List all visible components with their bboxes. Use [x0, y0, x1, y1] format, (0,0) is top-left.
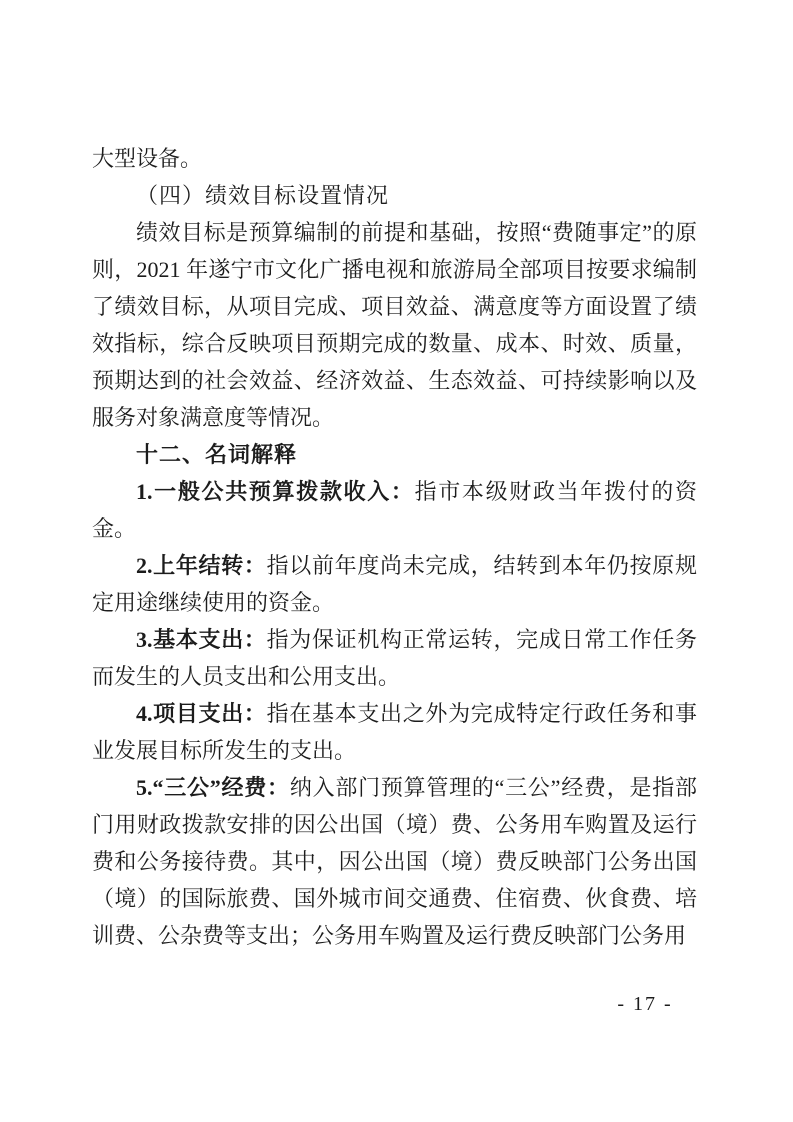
definition-item-4: 4.项目支出：指在基本支出之外为完成特定行政任务和事业发展目标所发生的支出。	[92, 695, 697, 769]
definition-item-2: 2.上年结转：指以前年度尚未完成，结转到本年仍按原规定用途继续使用的资金。	[92, 547, 697, 621]
definition-item-1: 1.一般公共预算拨款收入：指市本级财政当年拨付的资金。	[92, 473, 697, 547]
document-page: 大型设备。 （四）绩效目标设置情况 绩效目标是预算编制的前提和基础，按照“费随事…	[0, 0, 793, 1122]
page-number: - 17 -	[610, 993, 680, 1016]
section-heading-performance-targets: （四）绩效目标设置情况	[92, 177, 697, 214]
definition-item-5: 5.“三公”经费：纳入部门预算管理的“三公”经费，是指部门用财政拨款安排的因公出…	[92, 769, 697, 954]
definition-term: 1.一般公共预算拨款收入：	[136, 479, 415, 504]
paragraph-continuation: 大型设备。	[92, 140, 697, 177]
definition-term: 2.上年结转：	[136, 553, 267, 578]
definition-term: 4.项目支出：	[136, 701, 267, 726]
document-content: 大型设备。 （四）绩效目标设置情况 绩效目标是预算编制的前提和基础，按照“费随事…	[92, 140, 697, 954]
definition-term: 5.“三公”经费：	[136, 775, 290, 800]
definition-term: 3.基本支出：	[136, 627, 267, 652]
definition-text: 纳入部门预算管理的“三公”经费，是指部门用财政拨款安排的因公出国（境）费、公务用…	[92, 775, 697, 948]
section-heading-glossary: 十二、名词解释	[92, 436, 697, 473]
definition-item-3: 3.基本支出：指为保证机构正常运转，完成日常工作任务而发生的人员支出和公用支出。	[92, 621, 697, 695]
paragraph-performance-targets: 绩效目标是预算编制的前提和基础，按照“费随事定”的原则，2021 年遂宁市文化广…	[92, 214, 697, 436]
